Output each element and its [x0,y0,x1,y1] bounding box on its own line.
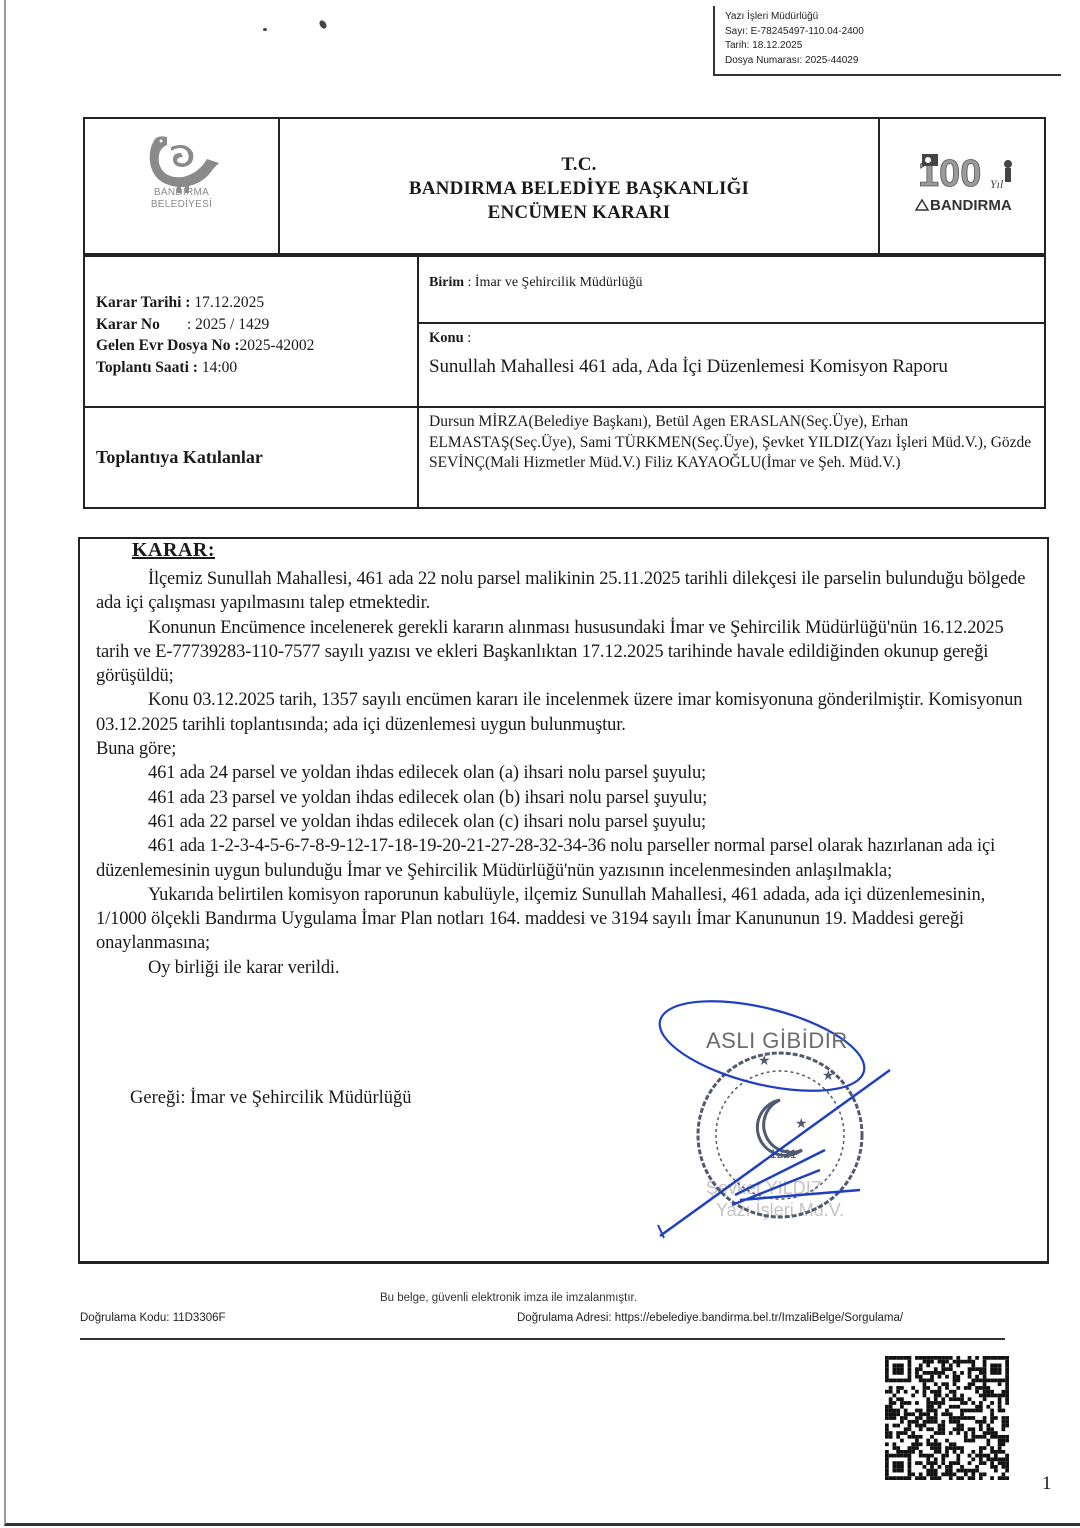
konu-value: Sunullah Mahallesi 461 ada, Ada İçi Düze… [429,356,1044,378]
svg-text:★: ★ [822,1069,835,1084]
title-municipality: BANDIRMA BELEDİYE BAŞKANLIĞI [409,177,749,201]
karar-no-row: Karar No : 2025 / 1429 [96,314,417,336]
karar-no-value: : 2025 / 1429 [160,316,269,333]
decision-title: KARAR: [132,539,215,562]
konu-label: Konu [429,330,464,346]
document-header: BANDIRMA BELEDİYESİ T.C. BANDIRMA BELEDİ… [83,117,1046,255]
verification-address-link[interactable]: Doğrulama Adresi: https://ebelediye.band… [517,1312,903,1324]
logo-text-line2: BELEDİYESİ [85,199,278,211]
document-title: T.C. BANDIRMA BELEDİYE BAŞKANLIĞI ENCÜME… [280,119,880,253]
decision-paragraph: İlçemiz Sunullah Mahallesi, 461 ada 22 n… [96,567,1036,616]
meta-department: Yazı İşleri Müdürlüğü [725,10,1061,25]
meta-dosya-numarasi: Dosya Numarası: 2025-44029 [725,54,1061,69]
karar-tarihi-label: Karar Tarihi : [96,294,190,311]
decision-item: 461 ada 22 parsel ve yoldan ihdas edilec… [96,810,1036,834]
gelen-evr-label: Gelen Evr Dosya No : [96,337,240,354]
decision-paragraph: Konu 03.12.2025 tarih, 1357 sayılı encüm… [96,688,1036,737]
decision-resolution: Yukarıda belirtilen komisyon raporunun k… [96,883,1036,956]
scan-artifact [263,28,267,31]
gelen-evr-value: 2025-42002 [240,337,315,354]
document-meta-box: Yazı İşleri Müdürlüğü Sayı: E-78245497-1… [713,6,1061,76]
participants: Toplantıya Katılanlar Dursun MİRZA(Beled… [83,406,1046,509]
centennial-logo: 100 Yıl BANDIRMA [880,119,1044,253]
meta-tarih: Tarih: 18.12.2025 [725,39,1061,54]
konu-separator: : [464,330,472,346]
svg-text:★: ★ [758,1054,771,1069]
seal-caption: ASLI GİBİDİR [706,1028,848,1054]
title-council-decision: ENCÜMEN KARARI [488,201,671,225]
karar-tarihi-row: Karar Tarihi : 17.12.2025 [96,292,417,314]
toplanti-saati-row: Toplantı Saati : 14:00 [96,357,417,379]
svg-text:BANDIRMA: BANDIRMA [930,197,1012,214]
birim-label: Birim [429,275,464,290]
konu-cell: Konu : Sunullah Mahallesi 461 ada, Ada İ… [419,324,1044,406]
karar-tarihi-value: 17.12.2025 [190,294,264,311]
e-signature-note: Bu belge, güvenli elektronik imza ile im… [380,1292,637,1304]
toplanti-saati-value: 14:00 [198,359,237,376]
municipality-logo-text: BANDIRMA BELEDİYESİ [85,187,278,211]
decision-subject: Birim : İmar ve Şehircilik Müdürlüğü Kon… [419,257,1044,406]
gereği-line: Gereği: İmar ve Şehircilik Müdürlüğü [130,1088,412,1109]
gelen-evr-row: Gelen Evr Dosya No :2025-42002 [96,335,417,357]
decision-meta: Karar Tarihi : 17.12.2025 Karar No : 202… [85,257,419,406]
decision-body: İlçemiz Sunullah Mahallesi, 461 ada 22 n… [96,567,1036,980]
bandirma-belediyesi-logo-icon [137,133,225,193]
decision-item: 461 ada 24 parsel ve yoldan ihdas edilec… [96,761,1036,785]
toplanti-saati-label: Toplantı Saati : [96,359,198,376]
logo-text-line1: BANDIRMA [85,187,278,199]
qr-code-icon[interactable] [885,1356,1009,1480]
verification-code: Doğrulama Kodu: 11D3306F [80,1312,226,1324]
buna-gore: Buna göre; [96,737,1036,761]
decision-paragraph: Konunun Encümence incelenerek gerekli ka… [96,616,1036,689]
birim-value: : İmar ve Şehircilik Müdürlüğü [464,275,642,290]
participants-label: Toplantıya Katılanlar [85,408,419,507]
footer-divider [80,1338,1005,1340]
konu-label-row: Konu : [429,330,1044,347]
svg-text:Yıl: Yıl [990,177,1004,191]
meta-sayi: Sayı: E-78245497-110.04-2400 [725,25,1061,40]
decision-info: Karar Tarihi : 17.12.2025 Karar No : 202… [83,254,1046,408]
decision-item: 461 ada 1-2-3-4-5-6-7-8-9-12-17-18-19-20… [96,834,1036,883]
page-number: 1 [1042,1473,1052,1495]
karar-no-label: Karar No [96,316,160,333]
birim-cell: Birim : İmar ve Şehircilik Müdürlüğü [419,257,1044,324]
decision-closing: Oy birliği ile karar verildi. [96,956,1036,980]
decision-item: 461 ada 23 parsel ve yoldan ihdas edilec… [96,786,1036,810]
participants-list: Dursun MİRZA(Belediye Başkanı), Betül Ag… [419,408,1044,507]
municipality-logo: BANDIRMA BELEDİYESİ [85,119,280,253]
title-tc: T.C. [561,153,596,177]
100-yil-bandirma-logo-icon: 100 Yıl BANDIRMA [910,144,1025,219]
